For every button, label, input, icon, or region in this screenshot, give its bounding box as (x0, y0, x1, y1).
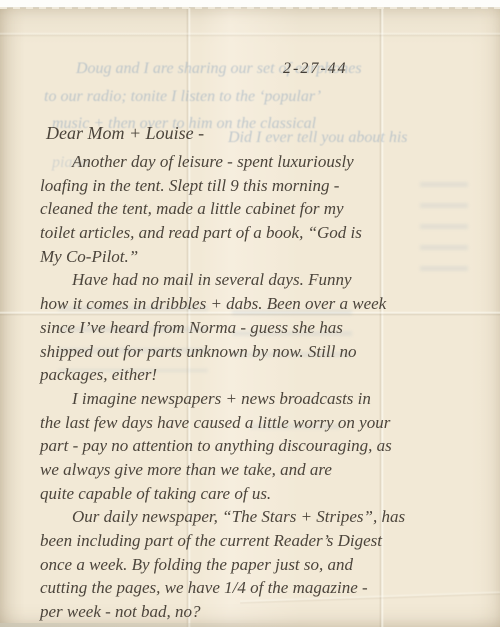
letter-line: quite capable of taking care of us. (40, 482, 476, 506)
letter-line: we always give more than we take, and ar… (40, 458, 476, 482)
letter-line: toilet articles, and read part of a book… (40, 221, 476, 245)
ghost-text-line: Did I ever tell you about his (228, 129, 408, 147)
letter-line: cutting the pages, we have 1/4 of the ma… (40, 576, 476, 600)
letter-date: 2-27-44 (283, 60, 348, 78)
letter-line: My Co-Pilot.” (40, 245, 476, 269)
letter-line: per week - not bad, no? (40, 600, 476, 624)
letter-line: Our daily newspaper, “The Stars + Stripe… (40, 505, 476, 529)
letter-line: once a week. By folding the paper just s… (40, 553, 476, 577)
letter-line: Another day of leisure - spent luxurious… (40, 150, 476, 174)
scan-top-edge (0, 0, 500, 8)
letter-line: packages, either! (40, 363, 476, 387)
letter-line: I imagine newspapers + news broadcasts i… (40, 387, 476, 411)
letter-line: Have had no mail in several days. Funny (40, 268, 476, 292)
letter-line: been including part of the current Reade… (40, 529, 476, 553)
letter-line: cleaned the tent, made a little cabinet … (40, 197, 476, 221)
letter-line: since I’ve heard from Norma - guess she … (40, 316, 476, 340)
scan-bottom-edge (0, 623, 320, 627)
ghost-text-line: to our radio; tonite I listen to the ‘po… (44, 88, 321, 106)
letter-scan: Doug and I are sharing our set of earpho… (0, 0, 500, 627)
letter-line: loafing in the tent. Slept till 9 this m… (40, 174, 476, 198)
letter-body: Another day of leisure - spent luxurious… (40, 150, 476, 624)
letter-line: shipped out for parts unknown by now. St… (40, 340, 476, 364)
letter-line: the last few days have caused a little w… (40, 411, 476, 435)
letter-line: part - pay no attention to anything disc… (40, 434, 476, 458)
fold-crease-horizontal-top (0, 32, 500, 37)
letter-line: how it comes in dribbles + dabs. Been ov… (40, 292, 476, 316)
letter-salutation: Dear Mom + Louise - (46, 123, 204, 144)
